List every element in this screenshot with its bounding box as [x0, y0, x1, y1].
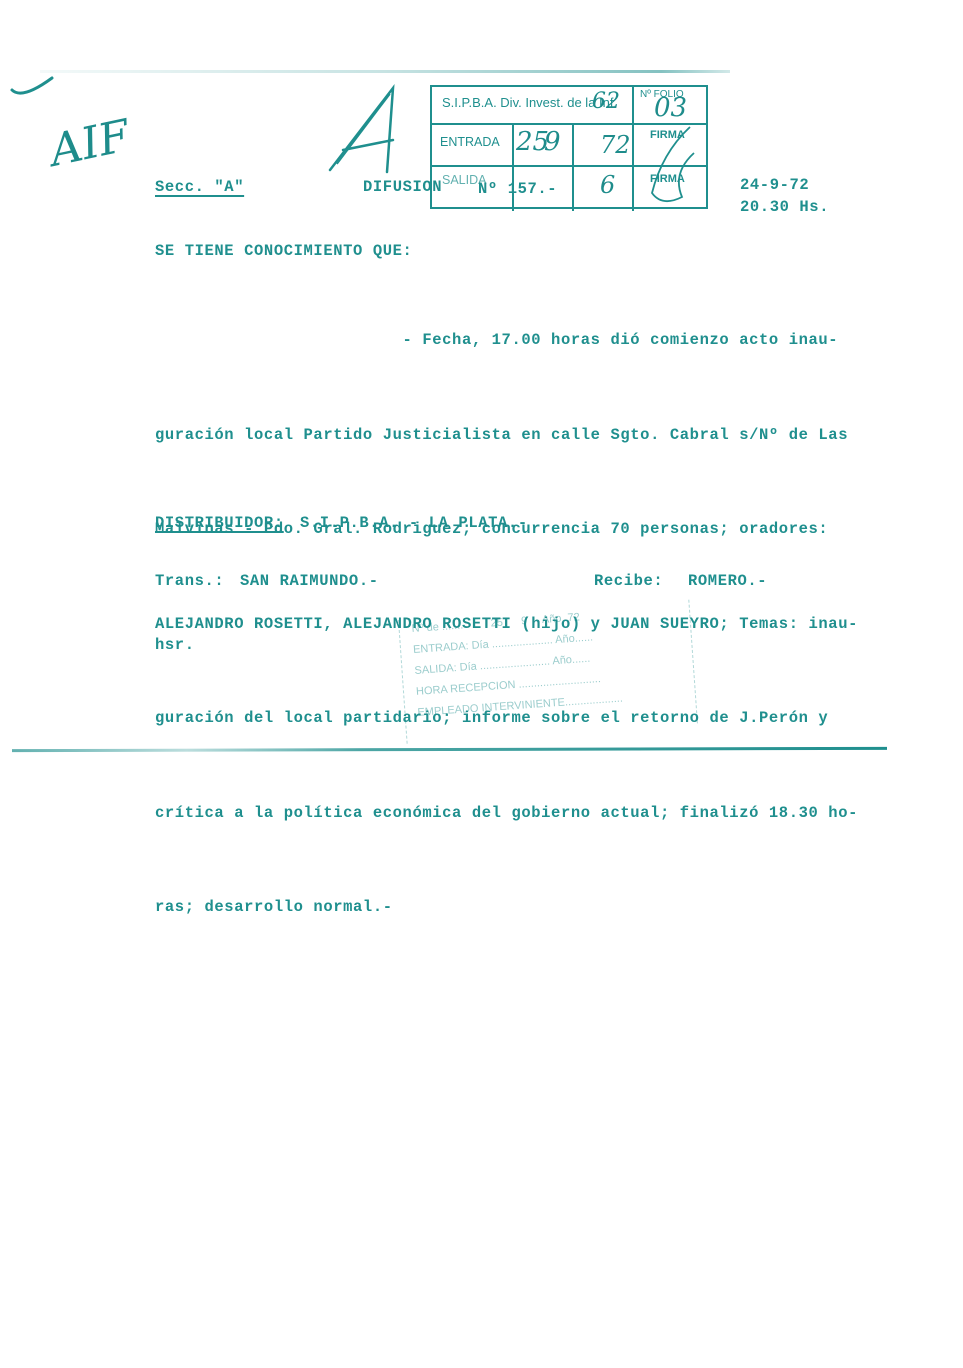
diffusion-label: DIFUSION	[363, 178, 442, 196]
transmits-value: SAN RAIMUNDO.-	[240, 572, 379, 590]
report-body: - Fecha, 17.00 horas dió comienzo acto i…	[155, 262, 895, 955]
typist-initials: hsr.	[155, 636, 195, 654]
receives-label: Recibe:	[594, 572, 663, 590]
stamp-entry-month: 9	[544, 127, 561, 157]
margin-note: AIF	[46, 110, 135, 176]
diffusion-number: Nº 157.-	[478, 180, 557, 198]
transmits-label: Trans.:	[155, 572, 224, 590]
distribution-label: DISTRIBUIDOR:	[155, 514, 284, 532]
signature-scribble	[632, 123, 710, 209]
body-line: - Fecha, 17.00 horas dió comienzo acto i…	[155, 325, 895, 357]
stamp-divider	[572, 123, 574, 211]
stamp-handwritten-code: 62	[592, 89, 620, 114]
body-line: guración local Partido Justicialista en …	[155, 420, 895, 452]
document-date: 24-9-72	[740, 176, 809, 194]
stamp-exit-mark: 6	[600, 171, 615, 199]
reception-stamp: Nº de ....... 25 9 Año 72 ENTRADA: Día .…	[398, 600, 698, 744]
section-label: Secc. "A"	[155, 178, 244, 196]
registration-stamp: S.I.P.B.A. Div. Invest. de la Inf. 62 Nº…	[430, 85, 708, 209]
intro-heading: SE TIENE CONOCIMIENTO QUE:	[155, 242, 412, 260]
receives-value: ROMERO.-	[688, 572, 767, 590]
scan-noise-line	[40, 70, 730, 73]
stamp-agency: S.I.P.B.A. Div. Invest. de la Inf.	[442, 95, 617, 110]
body-line: crítica a la política económica del gobi…	[155, 798, 895, 830]
stamp-entry-label: ENTRADA	[440, 135, 500, 149]
stamp-entry-year: 72	[600, 131, 631, 159]
body-line: ras; desarrollo normal.-	[155, 892, 895, 924]
document-time: 20.30 Hs.	[740, 198, 829, 216]
handwritten-a-mark	[325, 80, 405, 175]
distribution-value: S.I.P.B.A. - LA PLATA.-	[300, 514, 528, 532]
stamp-folio-value: 03	[654, 93, 687, 123]
check-mark-icon	[8, 72, 58, 102]
